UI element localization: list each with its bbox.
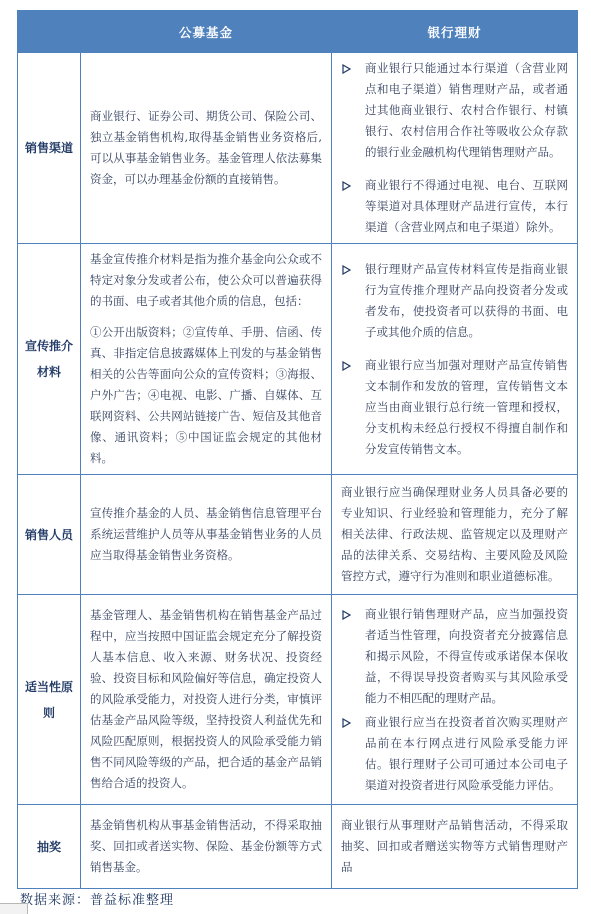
header-corner-cell — [18, 11, 81, 53]
fund-cell: 基金销售机构从事基金销售活动，不得采取抽奖、回扣或者送实物、保险、基金份额等方式… — [81, 805, 332, 889]
arrow-bullet-icon — [341, 58, 365, 74]
fund-paragraph: 宣传推介基金的人员、基金销售信息管理平台系统运营维护人员等从事基金销售业务的人员… — [90, 503, 322, 566]
fund-cell: 基金管理人、基金销售机构在销售基金产品过程中，应当按照中国证监会规定充分了解投资… — [81, 595, 332, 805]
list-item: 商业银行应当在投资者首次购买理财产品前在本行网点进行风险承受能力评估。银行理财子… — [341, 712, 568, 796]
list-item: 商业银行不得通过电视、电台、互联网等渠道对具体理财产品进行宣传，本行渠道（含营业… — [341, 175, 568, 238]
list-item: 商业银行应当加强对理财产品宣传销售文本制作和发放的管理，宣传销售文本应当由商业银… — [341, 355, 568, 460]
bank-paragraph: 商业银行从事理财产品销售活动，不得采取抽奖、回扣或者赠送实物等方式销售理财产品 — [341, 815, 568, 878]
fund-cell: 商业银行、证券公司、期货公司、保险公司、独立基金销售机构,取得基金销售业务资格后… — [81, 53, 332, 244]
table-row-sales-personnel: 销售人员 宣传推介基金的人员、基金销售信息管理平台系统运营维护人员等从事基金销售… — [18, 475, 578, 595]
header-row: 公募基金 银行理财 — [18, 11, 578, 53]
fund-paragraph: 基金销售机构从事基金销售活动，不得采取抽奖、回扣或者送实物、保险、基金份额等方式… — [90, 815, 322, 878]
row-label: 销售渠道 — [18, 53, 81, 244]
fund-paragraph: ①公开出版资料；②宣传单、手册、信函、传真、非指定信息披露媒体上刊发的与基金销售… — [90, 322, 322, 469]
bank-cell: 商业银行只能通过本行渠道（含营业网点和电子渠道）销售理财产品，或者通过其他商业银… — [332, 53, 578, 244]
bank-cell: 商业银行销售理财产品，应当加强投资者适当性管理，向投资者充分披露信息和揭示风险，… — [332, 595, 578, 805]
row-label: 宣传推介 材料 — [18, 244, 81, 475]
bank-cell: 商业银行从事理财产品销售活动，不得采取抽奖、回扣或者赠送实物等方式销售理财产品 — [332, 805, 578, 889]
bank-bullet-text: 商业银行销售理财产品，应当加强投资者适当性管理，向投资者充分披露信息和揭示风险，… — [365, 604, 568, 709]
bank-paragraph: 商业银行应当确保理财业务人员具备必要的专业知识、行业经验和管理能力，充分了解相关… — [341, 482, 568, 587]
arrow-bullet-icon — [341, 175, 365, 191]
fund-paragraph: 商业银行、证券公司、期货公司、保险公司、独立基金销售机构,取得基金销售业务资格后… — [90, 106, 322, 190]
row-label: 销售人员 — [18, 475, 81, 595]
data-source-note: 数据来源：普益标准整理 — [20, 889, 174, 908]
header-bank: 银行理财 — [332, 11, 578, 53]
fund-cell: 基金宣传推介材料是指为推介基金向公众或不特定对象分发或者公布，使公众可以普遍获得… — [81, 244, 332, 475]
bank-bullet-text: 商业银行只能通过本行渠道（含营业网点和电子渠道）销售理财产品，或者通过其他商业银… — [365, 58, 568, 163]
fund-cell: 宣传推介基金的人员、基金销售信息管理平台系统运营维护人员等从事基金销售业务的人员… — [81, 475, 332, 595]
arrow-bullet-icon — [341, 712, 365, 728]
row-label: 抽奖 — [18, 805, 81, 889]
bank-bullet-text: 商业银行应当在投资者首次购买理财产品前在本行网点进行风险承受能力评估。银行理财子… — [365, 712, 568, 796]
bank-bullet-text: 银行理财产品宣传材料宣传是指商业银行为宣传推介理财产品向投资者分发或者发布，使投… — [365, 259, 568, 343]
comparison-table: 公募基金 银行理财 销售渠道 商业银行、证券公司、期货公司、保险公司、独立基金销… — [17, 10, 578, 889]
bank-bullet-text: 商业银行应当加强对理财产品宣传销售文本制作和发放的管理，宣传销售文本应当由商业银… — [365, 355, 568, 460]
table-row-promo-materials: 宣传推介 材料 基金宣传推介材料是指为推介基金向公众或不特定对象分发或者公布，使… — [18, 244, 578, 475]
fund-paragraph: 基金宣传推介材料是指为推介基金向公众或不特定对象分发或者公布，使公众可以普遍获得… — [90, 249, 322, 312]
table-row-suitability-principle: 适当性原则 基金管理人、基金销售机构在销售基金产品过程中，应当按照中国证监会规定… — [18, 595, 578, 805]
list-item: 商业银行只能通过本行渠道（含营业网点和电子渠道）销售理财产品，或者通过其他商业银… — [341, 58, 568, 163]
cropped-corner-fragment — [0, 903, 28, 914]
arrow-bullet-icon — [341, 604, 365, 620]
list-item: 银行理财产品宣传材料宣传是指商业银行为宣传推介理财产品向投资者分发或者发布，使投… — [341, 259, 568, 343]
bank-cell: 商业银行应当确保理财业务人员具备必要的专业知识、行业经验和管理能力，充分了解相关… — [332, 475, 578, 595]
fund-paragraph: 基金管理人、基金销售机构在销售基金产品过程中，应当按照中国证监会规定充分了解投资… — [90, 605, 322, 794]
table-row-lottery: 抽奖 基金销售机构从事基金销售活动，不得采取抽奖、回扣或者送实物、保险、基金份额… — [18, 805, 578, 889]
arrow-bullet-icon — [341, 259, 365, 275]
bank-bullet-text: 商业银行不得通过电视、电台、互联网等渠道对具体理财产品进行宣传，本行渠道（含营业… — [365, 175, 568, 238]
bank-cell: 银行理财产品宣传材料宣传是指商业银行为宣传推介理财产品向投资者分发或者发布，使投… — [332, 244, 578, 475]
header-fund: 公募基金 — [81, 11, 332, 53]
list-item: 商业银行销售理财产品，应当加强投资者适当性管理，向投资者充分披露信息和揭示风险，… — [341, 604, 568, 709]
row-label: 适当性原则 — [18, 595, 81, 805]
arrow-bullet-icon — [341, 355, 365, 371]
table-row-sales-channel: 销售渠道 商业银行、证券公司、期货公司、保险公司、独立基金销售机构,取得基金销售… — [18, 53, 578, 244]
